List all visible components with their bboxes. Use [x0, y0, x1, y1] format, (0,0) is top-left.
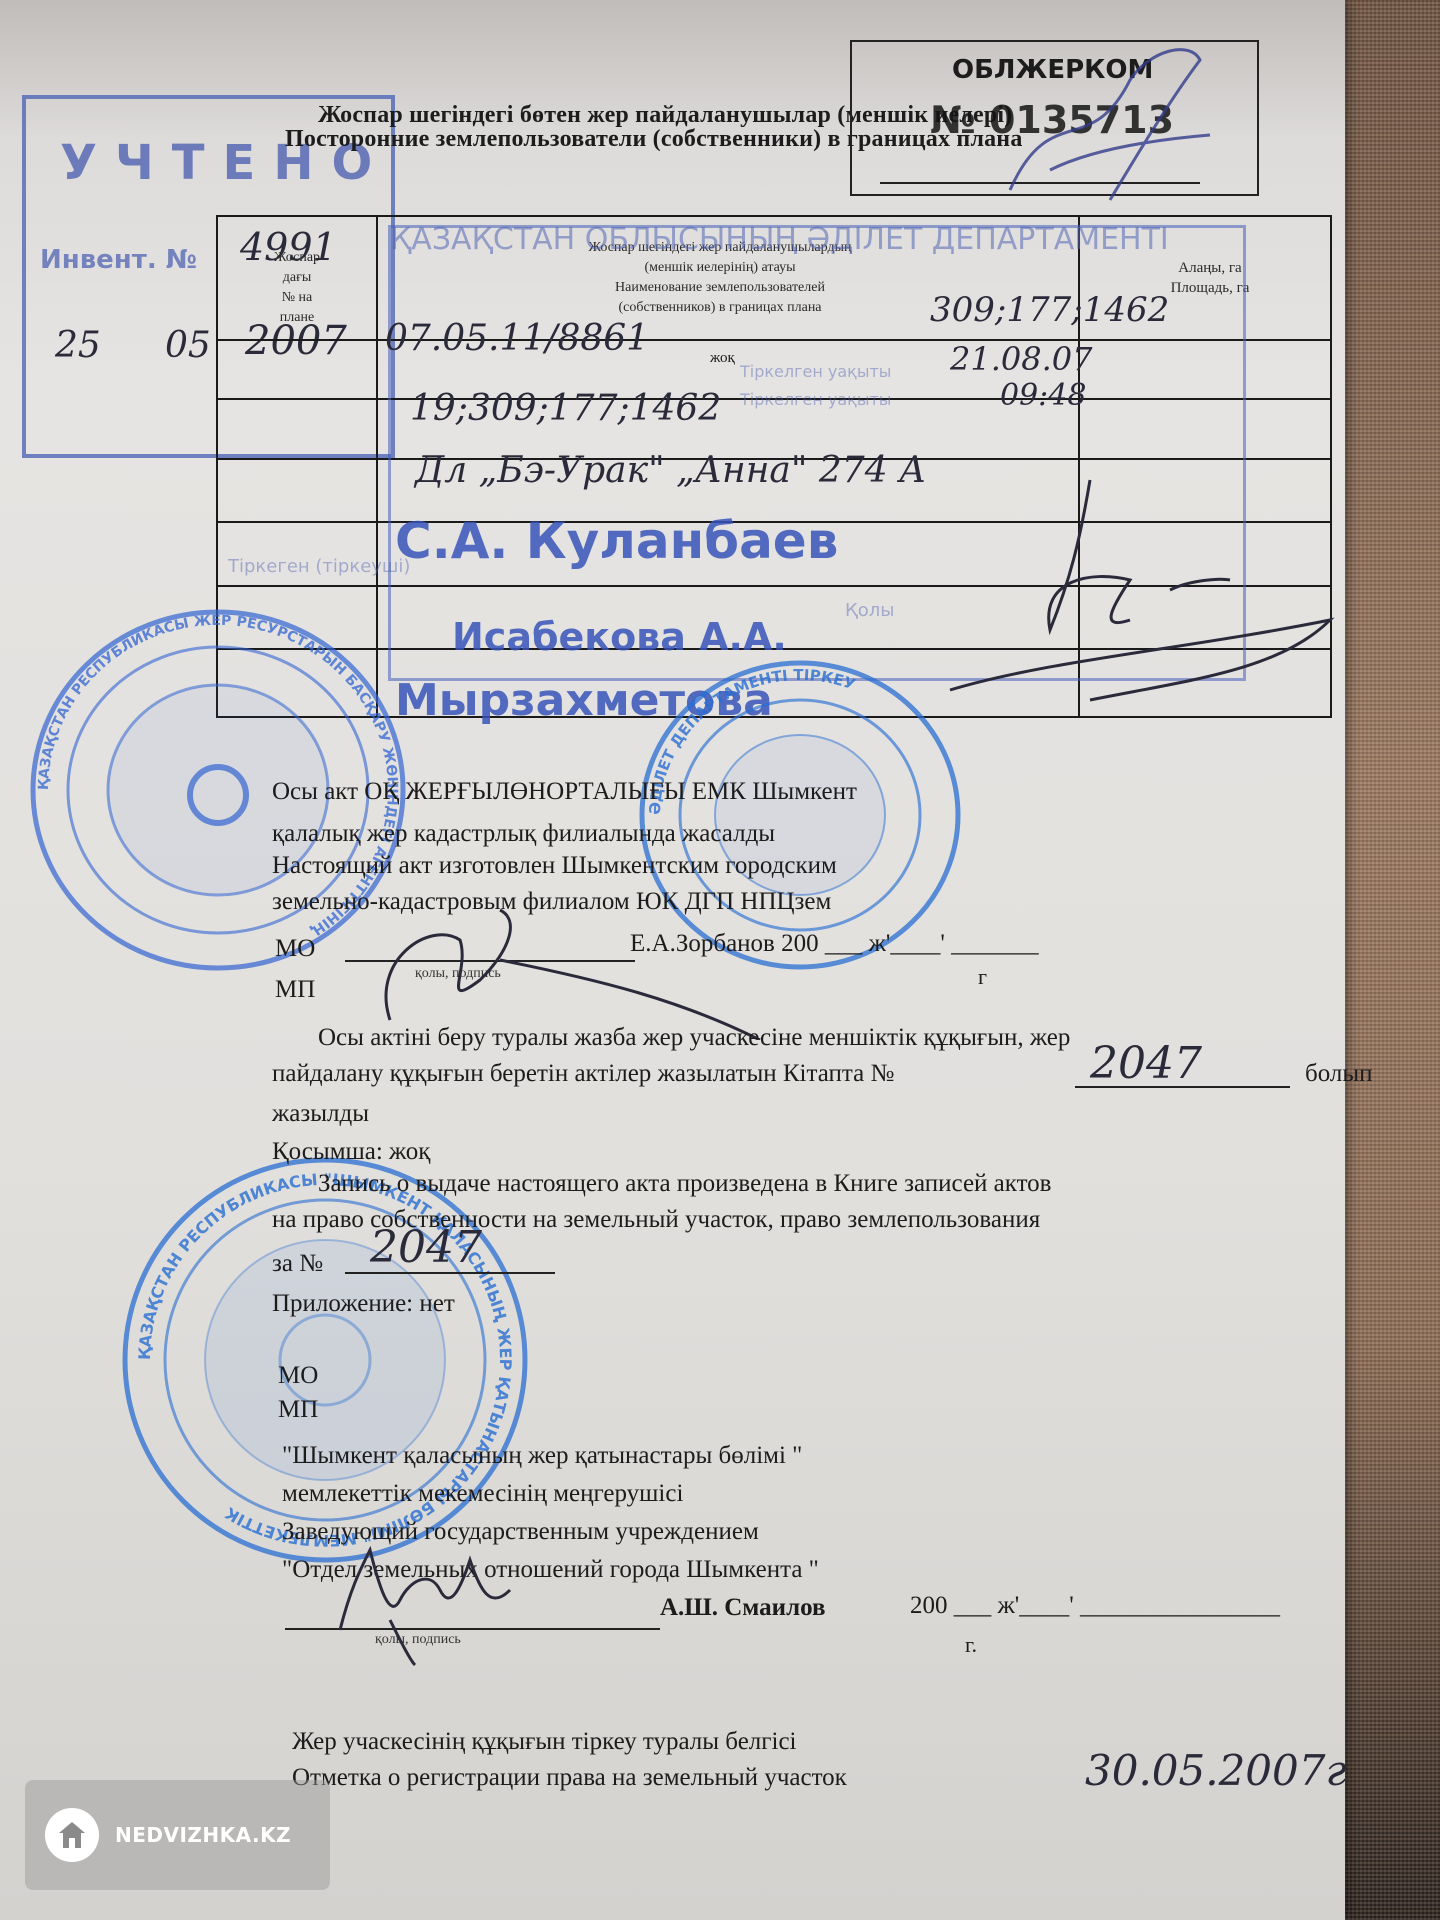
zorbanov-signature-icon	[350, 900, 770, 1040]
invent-label: Инвент. №	[40, 245, 197, 275]
record-ru-line-4: Приложение: нет	[272, 1290, 455, 1318]
nedvizhka-watermark: NEDVIZHKA.KZ	[25, 1780, 330, 1890]
record-kz-line-1: Осы актіні беру туралы жазба жер учаскес…	[318, 1024, 1070, 1052]
row2-kz-label: жоқ	[710, 350, 735, 367]
ghost-label-registrar: Тіркеген (тіркеуші)	[228, 556, 410, 577]
registrar-name-1: С.А. Куланбаев	[395, 512, 838, 570]
head-line-2: мемлекеттік мекемесінің меңгерушісі	[282, 1480, 683, 1508]
act-line-1: Осы акт ОҚ ЖЕРҒЫЛӨНОРТАЛЫҒЫ ЕМК Шымкент	[272, 778, 857, 806]
document-page: УЧТЕНО Инвент. № 4991 25 05 2007 Жоспар …	[0, 0, 1345, 1920]
smailov-signature-icon	[320, 1530, 520, 1670]
registration-kz: Жер учаскесінің құқығын тіркеу туралы бе…	[292, 1728, 797, 1756]
registrar-signature-icon	[930, 460, 1340, 720]
justice-dept-line: ҚАЗАҚСТАН ОБЛЫСЫНЫҢ ӘДІЛЕТ ДЕПАРТАМЕНТІ	[390, 222, 1169, 257]
uchteno-date-month: 05	[165, 325, 211, 366]
act-year-suffix: г	[978, 964, 987, 990]
act-mp: МП	[275, 976, 315, 1004]
col-header-plan-number: Жоспар дағы № на плане	[222, 248, 372, 328]
registration-date: 21.08.07	[950, 340, 1093, 378]
house-icon	[45, 1808, 99, 1862]
book-number-ru: 2047	[370, 1222, 482, 1273]
registrar-name-2: Исабекова А.А.	[452, 615, 787, 659]
record-ru-mp: МП	[278, 1396, 318, 1424]
uchteno-date-day: 25	[55, 325, 101, 366]
reg-number: 07.05.11/8861	[385, 318, 649, 359]
book-number-ru-line	[345, 1272, 555, 1274]
record-kz-line-4: Қосымша: жоқ	[272, 1138, 430, 1166]
row3-label: Тіркелген уақыты	[740, 390, 891, 409]
record-ru-mo: МО	[278, 1362, 318, 1390]
registration-time: 09:48	[1000, 378, 1086, 413]
book-number-kz-line	[1075, 1086, 1290, 1088]
record-kz-line-2: пайдалану құқығын беретін актілер жазыла…	[272, 1060, 894, 1088]
act-line-2: қалалық жер кадастрлық филиалында жасалд…	[272, 820, 775, 848]
cadastral-full-number: 19;309;177;1462	[410, 388, 721, 429]
ghost-label-signature: Қолы	[845, 600, 895, 621]
record-kz-line-3: жазылды	[272, 1100, 369, 1128]
registration-handwritten-date: 30.05.2007г	[1085, 1746, 1347, 1795]
head-line-1: "Шымкент қаласының жер қатынастары бөлім…	[282, 1442, 802, 1470]
book-number-kz: 2047	[1090, 1038, 1202, 1089]
head-signer: А.Ш. Смаилов	[660, 1594, 825, 1622]
record-kz-suffix: болып	[1305, 1060, 1373, 1088]
head-year-suffix: г.	[965, 1632, 977, 1658]
owner-note: Дл „Бэ-Урак" „Анна" 274 А	[415, 450, 926, 491]
row2-label: Тіркелген уақыты	[740, 362, 891, 381]
registration-ru: Отметка о регистрации права на земельный…	[292, 1764, 847, 1792]
cadastral-number: 309;177;1462	[930, 290, 1169, 330]
record-ru-line-1: Запись о выдаче настоящего акта произвед…	[318, 1170, 1051, 1198]
head-date-template: 200 ___ ж'____' ________________	[910, 1592, 1280, 1620]
watermark-brand: NEDVIZHKA.KZ	[115, 1823, 291, 1847]
act-mo: МО	[275, 935, 315, 963]
record-ru-line-3: за №	[272, 1250, 323, 1278]
act-line-3: Настоящий акт изготовлен Шымкентским гор…	[272, 852, 837, 880]
oblzherkom-signature-icon	[990, 40, 1220, 210]
